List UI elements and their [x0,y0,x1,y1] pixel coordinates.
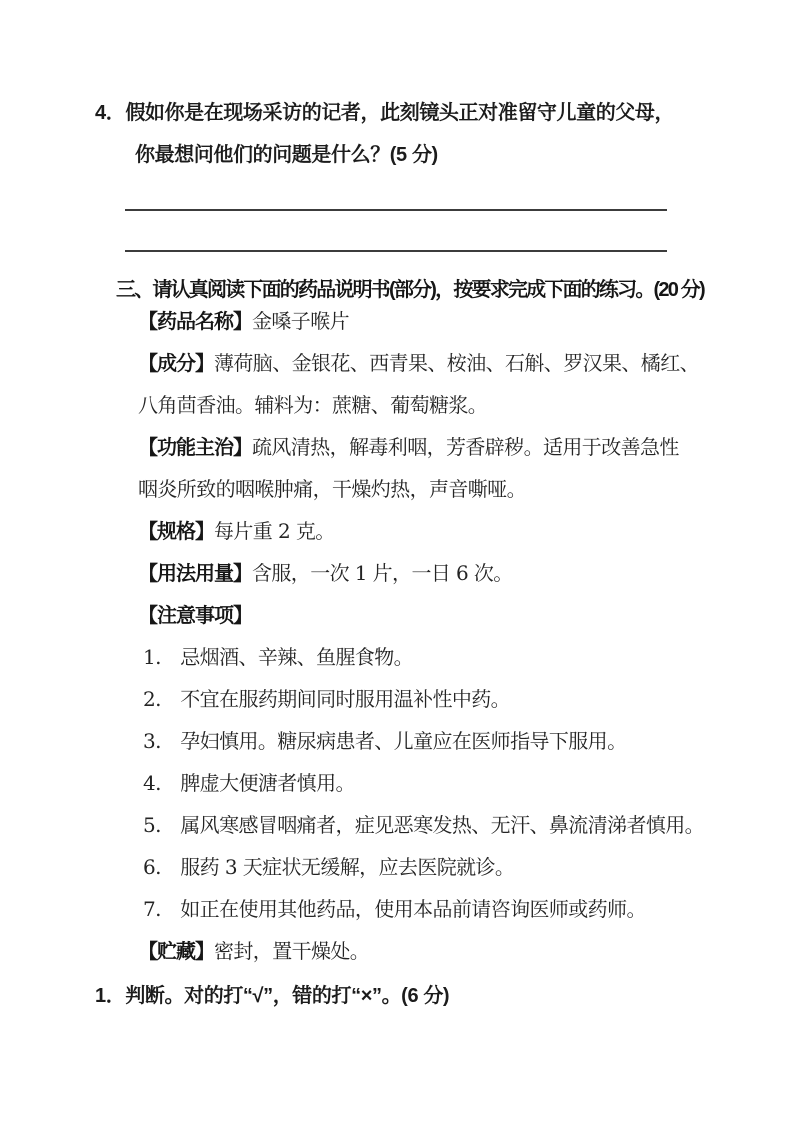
answer-blank-line [125,209,667,211]
leaflet-note-2: 2. 不宜在服药期间同时服用温补性中药。 [0,688,793,730]
leaflet-note-3: 3. 孕妇慎用。糖尿病患者、儿童应在医师指导下服用。 [0,730,793,772]
leaflet-text: 7. 如正在使用其他药品，使用本品前请咨询医师或药师。 [143,897,646,921]
leaflet-text: 2. 不宜在服药期间同时服用温补性中药。 [143,687,510,711]
leaflet-label: 【贮藏】 [138,941,214,963]
leaflet-text: 3. 孕妇慎用。糖尿病患者、儿童应在医师指导下服用。 [143,729,626,753]
leaflet-note-4: 4. 脾虚大便溏者慎用。 [0,772,793,814]
leaflet-text: 八角茴香油。辅料为：蔗糖、葡萄糖浆。 [138,393,487,417]
leaflet-text: 1. 忌烟酒、辛辣、鱼腥食物。 [143,645,413,669]
drug-leaflet: 【药品名称】金嗓子喉片 【成分】薄荷脑、金银花、西青果、桉油、石斛、罗汉果、橘红… [0,310,793,982]
leaflet-text: 咽炎所致的咽喉肿痛，干燥灼热，声音嘶哑。 [138,477,526,501]
leaflet-text: 含服，一次 1 片，一日 6 次。 [252,561,513,585]
leaflet-text: 每片重 2 克。 [214,519,335,543]
leaflet-text: 密封，置干燥处。 [214,939,369,963]
document-page: 4．假如你是在现场采访的记者，此刻镜头正对准留守儿童的父母， 你最想问他们的问题… [0,0,793,1122]
leaflet-label: 【成分】 [138,353,214,375]
leaflet-text: 5. 属风寒感冒咽痛者，症见恶寒发热、无汗、鼻流清涕者慎用。 [143,813,704,837]
leaflet-text: 薄荷脑、金银花、西青果、桉油、石斛、罗汉果、橘红、 [214,351,699,375]
leaflet-note-5: 5. 属风寒感冒咽痛者，症见恶寒发热、无汗、鼻流清涕者慎用。 [0,814,793,856]
leaflet-label: 【注意事项】 [138,605,252,627]
leaflet-line-storage: 【贮藏】密封，置干燥处。 [0,940,793,982]
leaflet-line-dosage: 【用法用量】含服，一次 1 片，一日 6 次。 [0,562,793,604]
leaflet-text: 金嗓子喉片 [252,309,349,333]
leaflet-line-functions-2: 咽炎所致的咽喉肿痛，干燥灼热，声音嘶哑。 [0,478,793,520]
answer-blank-line [125,250,667,252]
leaflet-line-spec: 【规格】每片重 2 克。 [0,520,793,562]
leaflet-label: 【用法用量】 [138,563,252,585]
leaflet-label: 【规格】 [138,521,214,543]
leaflet-label: 【药品名称】 [138,311,252,333]
leaflet-line-ingredients-2: 八角茴香油。辅料为：蔗糖、葡萄糖浆。 [0,394,793,436]
leaflet-line-functions-1: 【功能主治】疏风清热，解毒利咽，芳香辟秽。适用于改善急性 [0,436,793,478]
leaflet-text: 4. 脾虚大便溏者慎用。 [143,771,355,795]
leaflet-note-6: 6. 服药 3 天症状无缓解，应去医院就诊。 [0,856,793,898]
leaflet-line-precautions-header: 【注意事项】 [0,604,793,646]
section-3-heading: 三、请认真阅读下面的药品说明书(部分)，按要求完成下面的练习。(20 分) [116,278,704,302]
leaflet-text: 疏风清热，解毒利咽，芳香辟秽。适用于改善急性 [252,435,679,459]
leaflet-note-7: 7. 如正在使用其他药品，使用本品前请咨询医师或药师。 [0,898,793,940]
leaflet-line-drug-name: 【药品名称】金嗓子喉片 [0,310,793,352]
leaflet-label: 【功能主治】 [138,437,252,459]
question-4-line-1: 4．假如你是在现场采访的记者，此刻镜头正对准留守儿童的父母， [95,101,674,125]
question-1-judge: 1．判断。对的打“√”，错的打“×”。(6 分) [95,984,449,1008]
leaflet-line-ingredients-1: 【成分】薄荷脑、金银花、西青果、桉油、石斛、罗汉果、橘红、 [0,352,793,394]
question-4-line-2: 你最想问他们的问题是什么？(5 分) [135,143,438,167]
leaflet-text: 6. 服药 3 天症状无缓解，应去医院就诊。 [143,855,514,879]
leaflet-note-1: 1. 忌烟酒、辛辣、鱼腥食物。 [0,646,793,688]
